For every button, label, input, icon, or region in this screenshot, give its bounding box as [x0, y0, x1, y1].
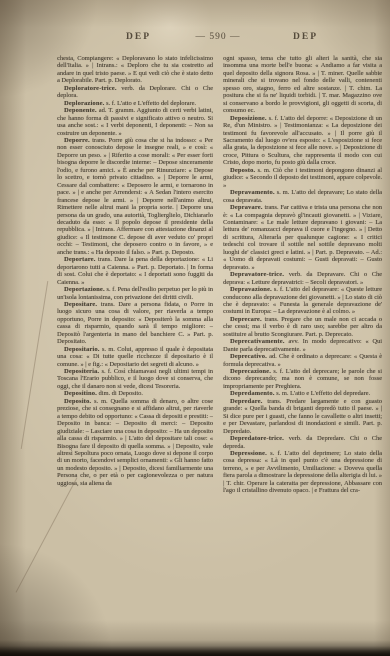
entry-headword: Depravatore-trice. [230, 271, 284, 278]
entry-body: dim. di Deposito. [97, 390, 143, 397]
running-head-right: DEP [293, 32, 318, 42]
entry-headword: Depositino. [64, 390, 97, 397]
entry-headword: Depressione. [230, 450, 267, 457]
dictionary-entry: Deprecativo. ad. Che è ordinato a deprec… [223, 353, 382, 368]
dictionary-entry: Deportazione. s. f. Pena dell'esilio per… [57, 286, 213, 301]
dictionary-entry: Deploratore-trice. verb. da Deplorare. C… [57, 85, 213, 100]
entry-headword: Deposizione. [230, 115, 267, 122]
dictionary-entry: Deposto. s. m. Ciò che i testimoni depon… [223, 167, 382, 189]
dictionary-entry: Depressione. s. f. L'atto del deprimere;… [223, 450, 382, 495]
running-head-left: DEP [126, 32, 151, 42]
dictionary-entry: Depredatore-trice. verb. da Depredare. C… [223, 435, 382, 450]
dictionary-entry: Depravare. trans. Far cattiva e trista u… [223, 204, 382, 271]
entry-headword: Deportare. [64, 256, 96, 263]
page-number: — 590 — [196, 32, 241, 42]
entry-headword: Deponente. [64, 107, 97, 114]
entry-body: chesta, Compiangere: « Deploravano lo st… [57, 55, 213, 84]
entry-body: trans. Porre giù cosa che si ha indosso:… [57, 137, 213, 256]
dictionary-entry: Deposizione. s. f. L'atto del deporre: «… [223, 115, 382, 167]
entry-headword: Depravamento. [230, 189, 275, 196]
entry-body: trans. Dare a persona fidata, o Porre in… [57, 301, 213, 345]
entry-headword: Deportazione. [64, 286, 105, 293]
dictionary-entry: Depositare. trans. Dare a persona fidata… [57, 301, 213, 346]
dictionary-entry: Deprecare. trans. Pregare che un male no… [223, 316, 382, 338]
dictionary-entry: Deposito. s. m. Quella somma di denaro, … [57, 398, 213, 487]
entry-body: s. f. L'atto e L'effetto del deplorare. [104, 100, 196, 107]
dictionary-entry: Deprecativamente. avv. In modo deprecati… [223, 338, 382, 353]
dictionary-entry: Depravazione. s. f. L'atto del depravare… [223, 286, 382, 316]
dictionary-entry: Depredamento. s. m. L'atto e L'effetto d… [223, 390, 382, 397]
dictionary-entry: ogni spasso, tema che tutto gli alteri l… [223, 55, 382, 115]
scanned-dictionary-page: DEP — 590 — DEP chesta, Compiangere: « D… [0, 0, 390, 656]
entry-body: trans. Far cattiva e trista una persona … [223, 204, 382, 271]
text-column-right: ogni spasso, tema che tutto gli alteri l… [223, 55, 382, 581]
entry-headword: Depositare. [64, 301, 97, 308]
entry-headword: Depositeria. [64, 368, 99, 375]
dictionary-entry: Depredare. trans. Predare largamente e c… [223, 398, 382, 435]
dictionary-entry: Deporre. trans. Porre giù cosa che si ha… [57, 137, 213, 256]
entry-headword: Depredare. [230, 398, 262, 405]
entry-body: s. m. Quella somma di denaro, o altre co… [57, 398, 213, 487]
entry-headword: Depositario. [64, 346, 100, 353]
entry-headword: Deprecativo. [230, 353, 267, 360]
dictionary-entry: Deplorazione. s. f. L'atto e L'effetto d… [57, 100, 213, 107]
page-bottom-shadow [0, 646, 390, 656]
dictionary-entry: Deprecazione. s. f. L'atto del deprecare… [223, 368, 382, 390]
entry-headword: Deposto. [230, 167, 255, 174]
dictionary-entry: Deponente. ad. T. gramm. Aggiunto di cer… [57, 107, 213, 137]
paper-crease-line [21, 281, 49, 449]
entry-headword: Depredamento. [230, 390, 275, 397]
entry-headword: Deprecare. [230, 316, 262, 323]
entry-headword: Deploratore-trice. [64, 85, 117, 92]
entry-headword: Deporre. [64, 137, 90, 144]
text-column-left: chesta, Compiangere: « Deploravano lo st… [57, 55, 213, 581]
entry-body: s. f. L'atto del deporre: « Deposizione … [223, 115, 382, 167]
entry-headword: Deplorazione. [64, 100, 104, 107]
entry-headword: Depredatore-trice. [230, 435, 284, 442]
running-header: DEP — 590 — DEP [0, 32, 390, 46]
dictionary-entry: Depravatore-trice. verb. da Depravare. C… [223, 271, 382, 286]
dictionary-entry: Deportare. trans. Dare la pena della dep… [57, 256, 213, 286]
entry-body: s. f. L'atto del deprimere; Lo stato del… [223, 450, 382, 494]
entry-headword: Depravare. [230, 204, 263, 211]
dictionary-entry: Depositino. dim. di Deposito. [57, 390, 213, 397]
entry-body: s. m. L'atto e L'effetto del depredare. [275, 390, 371, 397]
entry-body: ogni spasso, tema che tutto gli alteri l… [223, 55, 382, 114]
dictionary-entry: Depositario. s. m. Colui, appresso il qu… [57, 346, 213, 368]
entry-headword: Deposito. [64, 398, 91, 405]
entry-headword: Deprecativamente. [230, 338, 285, 345]
dictionary-entry: Depositeria. s. f. Così chiamavasi negli… [57, 368, 213, 390]
dictionary-entry: chesta, Compiangere: « Deploravano lo st… [57, 55, 213, 85]
dictionary-entry: Depravamento. s. m. L'atto del depravare… [223, 189, 382, 204]
entry-headword: Depravazione. [230, 286, 272, 293]
entry-headword: Deprecazione. [230, 368, 271, 375]
